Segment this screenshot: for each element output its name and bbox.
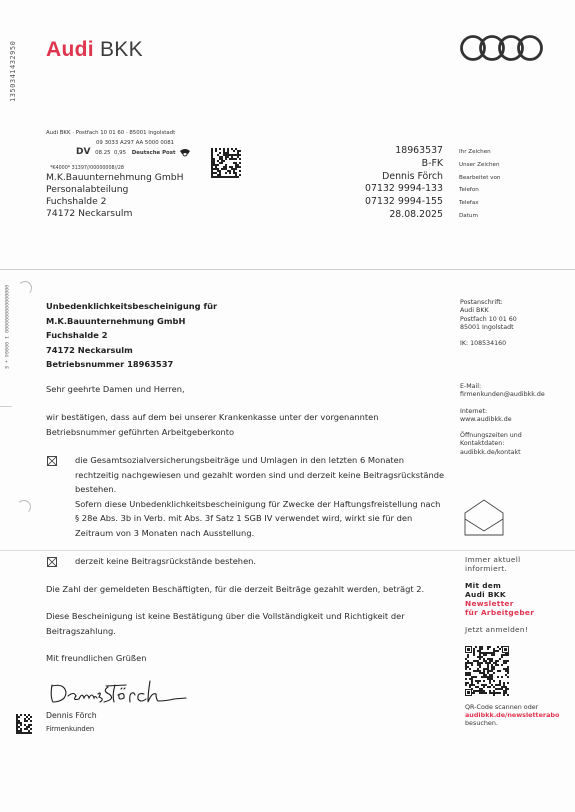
checkbox-checked-icon <box>47 557 57 567</box>
recipient-line: Personalabteilung <box>46 184 184 196</box>
hole-mark <box>17 500 31 514</box>
closing: Mit freundlichen Grüßen <box>46 651 147 666</box>
newsletter-tagline: informiert. <box>465 564 534 573</box>
ref-row-unser-zeichen: B-FKUnser Zeichen <box>338 158 558 171</box>
sender-return-address: Audi BKK · Postfach 10 01 60 · 85001 Ing… <box>46 130 175 136</box>
checkbox-checked-icon <box>47 456 57 466</box>
ref-value: B-FK <box>338 158 443 169</box>
datamatrix-code <box>211 148 241 178</box>
ref-label: Unser Zeichen <box>459 162 500 168</box>
signer-block: Dennis Förch Firmenkunden <box>46 710 97 735</box>
post-horn-icon <box>179 148 191 157</box>
hole-mark <box>18 281 32 295</box>
postal-line: Audi BKK <box>460 307 517 315</box>
ref-value: 18963537 <box>338 145 443 156</box>
ref-value: 07132 9994-133 <box>338 183 443 194</box>
routing-code: *K4000* 31397//00000008//28 <box>50 166 124 171</box>
signer-department: Firmenkunden <box>46 723 97 736</box>
ref-value: 28.08.2025 <box>338 209 443 220</box>
fold-line <box>0 269 575 270</box>
internet-label: Internet: <box>460 408 545 416</box>
subject-line: M.K.Bauunternehmung GmbH <box>46 314 217 329</box>
disclaimer-line: Diese Bescheinigung ist keine Bestätigun… <box>46 609 405 624</box>
ref-row-telefax: 07132 9994-155Telefax <box>338 196 558 209</box>
hours-label: Kontaktdaten: <box>460 440 545 448</box>
check1-line: rechtzeitig nachgewiesen und gezahlt wor… <box>75 468 444 483</box>
newsletter-link[interactable]: audibkk.de/newsletterabo <box>465 711 559 719</box>
document-id-code: 1350341432950 <box>9 32 21 102</box>
employees-paragraph: Die Zahl der gemeldeten Beschäftigten, f… <box>46 582 424 597</box>
check1-line: bestehen. <box>75 482 444 497</box>
salutation: Sehr geehrte Damen und Herren, <box>46 382 185 397</box>
check1-line: Zeitraum von 3 Monaten nach Ausstellung. <box>75 526 444 541</box>
carrier-name: Deutsche Post <box>132 150 176 156</box>
recipient-line: 74172 Neckarsulm <box>46 208 184 220</box>
newsletter-title: für Arbeitgeber <box>465 608 534 617</box>
ref-label: Ihr Zeichen <box>459 149 491 155</box>
check1-line: Sofern diese Unbedenklichkeitsbescheinig… <box>75 497 444 512</box>
check1-paragraph: die Gesamtsozialversicherungsbeiträge un… <box>75 453 444 540</box>
subject-line: Unbedenklichkeitsbescheinigung für <box>46 299 217 314</box>
contact-link[interactable]: audibkk.de/kontakt <box>460 449 545 457</box>
disclaimer-line: Beitragszahlung. <box>46 624 405 639</box>
newsletter-title: Newsletter <box>465 599 534 608</box>
ref-label: Telefax <box>459 200 479 206</box>
intro-line: wir bestätigen, dass auf dem bei unserer… <box>46 410 379 425</box>
newsletter-promo: Immer aktuell informiert. Mit dem Audi B… <box>465 555 534 634</box>
qr-code[interactable] <box>465 646 509 696</box>
logo-brand: Audi <box>46 38 94 61</box>
internet-link[interactable]: www.audibkk.de <box>460 416 545 424</box>
dv-label: DV <box>76 147 90 157</box>
audi-bkk-logo: Audi BKK <box>46 38 143 62</box>
subject-line: Betriebsnummer 18963537 <box>46 357 217 372</box>
subject-line: Fuchshalde 2 <box>46 328 217 343</box>
recipient-address: M.K.Bauunternehmung GmbH Personalabteilu… <box>46 172 184 220</box>
ref-row-datum: 28.08.2025Datum <box>338 209 558 222</box>
recipient-line: Fuchshalde 2 <box>46 196 184 208</box>
envelope-icon <box>464 497 504 537</box>
hours-label: Öffnungszeiten und <box>460 432 545 440</box>
postal-line: Postfach 10 01 60 <box>460 316 517 324</box>
check1-line: die Gesamtsozialversicherungsbeiträge un… <box>75 453 444 468</box>
newsletter-heading: Audi BKK <box>465 590 534 599</box>
postal-line: 85001 Ingolstadt <box>460 324 517 332</box>
logo-name: BKK <box>100 38 143 61</box>
ref-label: Telefon <box>459 187 479 193</box>
intro-paragraph: wir bestätigen, dass auf dem bei unserer… <box>46 410 379 439</box>
punch-mark <box>0 406 12 407</box>
ref-row-bearbeitet-von: Dennis FörchBearbeitet von <box>338 171 558 184</box>
ref-label: Datum <box>459 213 478 219</box>
check1-line: § 28e Abs. 3b in Verb. mit Abs. 3f Satz … <box>75 511 444 526</box>
audi-rings-icon <box>459 33 545 63</box>
letter-subject: Unbedenklichkeitsbescheinigung für M.K.B… <box>46 299 217 372</box>
subject-line: 74172 Neckarsulm <box>46 343 217 358</box>
fold-line <box>0 550 575 551</box>
qr-caption-line: besuchen. <box>465 719 559 727</box>
newsletter-cta: Jetzt anmelden! <box>465 625 534 634</box>
ref-row-ihr-zeichen: 18963537Ihr Zeichen <box>338 145 558 158</box>
postage-amount: 0,95 <box>114 150 126 156</box>
check2-text: derzeit keine Beitragsrückstände bestehe… <box>75 554 256 569</box>
signer-name: Dennis Förch <box>46 710 97 723</box>
datamatrix-code <box>16 714 32 734</box>
ref-row-telefon: 07132 9994-133Telefon <box>338 183 558 196</box>
newsletter-heading: Mit dem <box>465 581 534 590</box>
ref-value: 07132 9994-155 <box>338 196 443 207</box>
postal-label: Postanschrift: <box>460 299 517 307</box>
reference-block: 18963537Ihr Zeichen B-FKUnser Zeichen De… <box>338 145 558 222</box>
qr-caption-line: QR-Code scannen oder <box>465 703 559 711</box>
email-link[interactable]: firmenkunden@audibkk.de <box>460 391 545 399</box>
print-control-code: 0000000000000000 1 00004 + E <box>0 285 8 375</box>
postage-line: DV 08.25 0,95 Deutsche Post <box>76 147 191 157</box>
sidebar-online: E-Mail: firmenkunden@audibkk.de Internet… <box>460 383 545 457</box>
newsletter-tagline: Immer aktuell <box>465 555 534 564</box>
franking-code: 09 3033 A297 AA 5000 0081 <box>96 140 174 146</box>
ref-label: Bearbeitet von <box>459 175 500 181</box>
disclaimer-paragraph: Diese Bescheinigung ist keine Bestätigun… <box>46 609 405 638</box>
sidebar-contact: Postanschrift: Audi BKK Postfach 10 01 6… <box>460 299 517 348</box>
dv-date: 08.25 <box>95 150 110 156</box>
recipient-line: M.K.Bauunternehmung GmbH <box>46 172 184 184</box>
ref-value: Dennis Förch <box>338 171 443 182</box>
handwritten-signature <box>46 677 196 707</box>
qr-caption: QR-Code scannen oder audibkk.de/newslett… <box>465 703 559 728</box>
ik-number: IK: 108534160 <box>460 340 517 348</box>
intro-line: Betriebsnummer geführten Arbeitgeberkont… <box>46 425 379 440</box>
